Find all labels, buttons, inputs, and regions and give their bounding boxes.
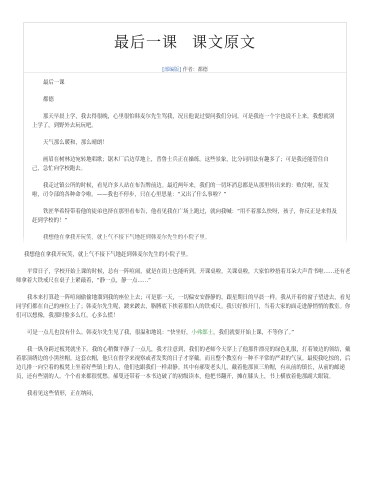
text-segment: ，我们就要开始上课，不等你了。” [213,330,294,336]
version-link[interactable]: [部编版] [162,67,181,73]
paragraph: 平常日子，学校开始上课的时候，总有一阵喧闹，就是在街上也能听到。开课桌啦，关课桌… [16,268,354,286]
article-box: 最后一课课文原文 [部编版] 作者：都德 最后一课 都德 那天早晨上学，我去得很… [23,22,347,244]
title-part2: 课文原文 [192,33,256,51]
paragraph: 铁匠华希特带着他的徒弟也挤在那里看布告，他看见我在广场上跑过，就向我喊：“用不着… [32,208,338,226]
paragraph: 我本来打算趁一阵喧闹偷偷地溜到我的座位上去；可是那一天，一切偏安安静静的，跟星期… [16,294,354,321]
article-body: 我想他在拿我开玩笑，就上气不接下气地赶到韩麦尔先生的小院子里。 平常日子，学校开… [16,251,354,407]
page-title: 最后一课课文原文 [24,23,346,52]
paragraph: 那天早晨上学，我去得很晚，心里很怕韩麦尔先生骂我，况且他说过要问我们分词，可是我… [32,113,338,131]
title-part1: 最后一课 [114,33,178,51]
author-label: 作者：都德 [183,67,208,73]
article-meta: [部编版] 作者：都德 [24,66,346,73]
article-body-boxed: 最后一课 都德 那天早晨上学，我去得很晚，心里很怕韩麦尔先生骂我，况且他说过要问… [24,73,346,243]
article-header: 最后一课课文原文 [部编版] 作者：都德 [24,23,346,73]
character-link[interactable]: 小弗郎士 [192,330,214,336]
section-author: 都德 [32,96,338,105]
paragraph: 可是一点儿也没有什么。韩麦尔先生见了我，很温和地说：“快坐好，小弗郎士，我们就要… [16,329,354,338]
paragraph: 天气那么暖和，那么晴朗！ [32,139,338,148]
paragraph: 我看见这些情形，正在纳闷， [16,390,354,399]
paragraph: 画眉在树林边宛转地唱歌；锯木厂后边草地上，普鲁士兵正在操练。这些景象，比分词用法… [32,156,338,174]
paragraph: 我走过镇公所的时候，看见许多人站在布告牌前边。最近两年来，我们的一切坏消息都是从… [32,182,338,200]
text-segment: 可是一点儿也没有什么。韩麦尔先生见了我，很温和地说：“快坐好， [27,330,192,336]
box-fade [23,236,347,244]
paragraph: 我想他在拿我开玩笑，就上气不接下气地赶到韩麦尔先生的小院子里。 [16,251,354,260]
paragraph: 我一纵身跨过板凳就坐下。我的心稍微平静了一点儿，我才注意到，我们的老师今天穿上了… [16,346,354,382]
section-heading: 最后一课 [32,79,338,88]
